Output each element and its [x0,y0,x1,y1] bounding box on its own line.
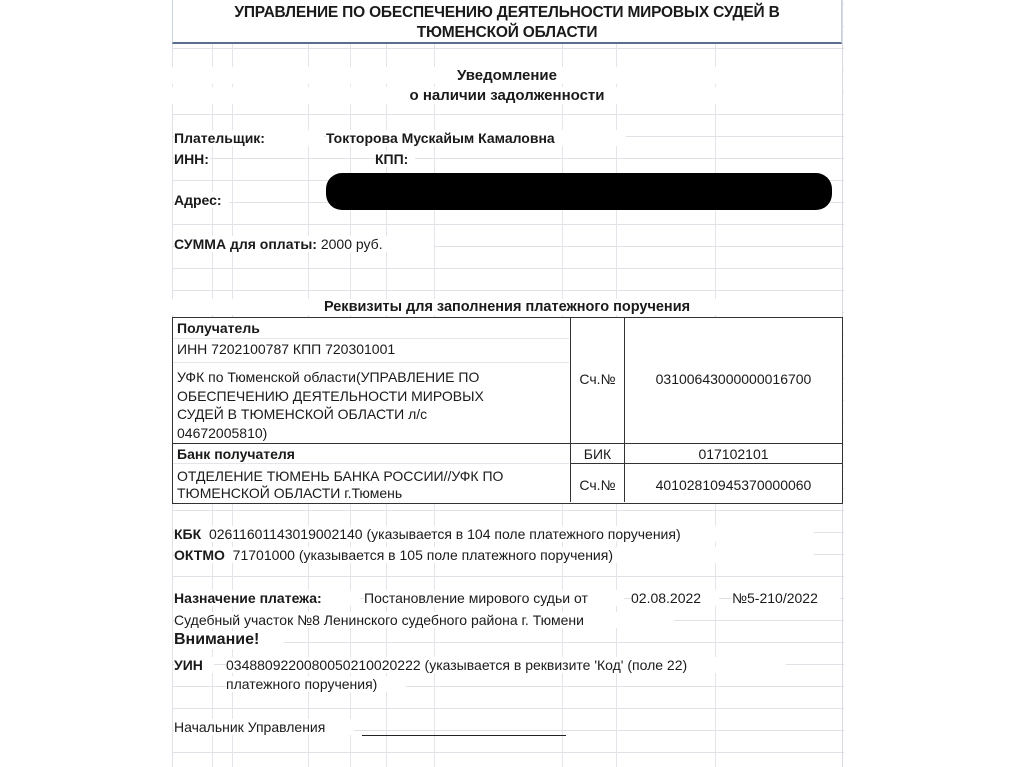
recipient-name: УФК по Тюменской области(УПРАВЛЕНИЕ ПО О… [177,368,484,442]
amount-row: СУММА для оплаты: 2000 руб. [174,236,434,252]
notice-document: УПРАВЛЕНИЕ ПО ОБЕСПЕЧЕНИЮ ДЕЯТЕЛЬНОСТИ М… [172,0,844,767]
corr-account-label: Сч.№ [571,477,624,493]
payer-label: Плательщик: [174,130,324,146]
requisites-table: Получатель ИНН 7202100787 КПП 720301001 … [172,317,843,504]
purpose-date: 02.08.2022 [631,590,719,606]
bank-label: Банк получателя [177,446,295,462]
recipient-name-line: 04672005810) [177,424,484,443]
kpp-label: КПП: [375,151,415,167]
address-redaction [326,173,832,210]
recipient-name-line: УФК по Тюменской области(УПРАВЛЕНИЕ ПО [177,368,484,387]
bank-name-line: ОТДЕЛЕНИЕ ТЮМЕНЬ БАНКА РОССИИ//УФК ПО [177,468,503,485]
table-divider [173,463,569,464]
signature-label: Начальник Управления [174,719,354,735]
uin-label: УИН [174,657,214,673]
kbk-value: 02611601143019002140 (указывается в 104 … [209,526,681,542]
header-line-1: УПРАВЛЕНИЕ ПО ОБЕСПЕЧЕНИЮ ДЕЯТЕЛЬНОСТИ М… [173,3,841,23]
organization-header: УПРАВЛЕНИЕ ПО ОБЕСПЕЧЕНИЮ ДЕЯТЕЛЬНОСТИ М… [172,0,842,44]
kbk-row: КБК 02611601143019002140 (указывается в … [174,526,814,542]
signature-line [362,735,566,736]
recipient-name-line: СУДЕЙ В ТЮМЕНСКОЙ ОБЛАСТИ л/с [177,405,484,424]
uin-value-line1: 0348809220080050210020222 (указывается в… [226,657,786,673]
notice-subtitle: о наличии задолженности [172,87,842,104]
uin-value-line2: платежного поручения) [226,676,406,692]
bik-label: БИК [571,446,624,462]
bik-value: 017102101 [625,446,842,462]
payer-name: Токторова Мускайым Камаловна [326,130,626,146]
table-divider [570,463,842,464]
kbk-label: КБК [174,526,201,542]
recipient-inn-kpp: ИНН 7202100787 КПП 720301001 [177,341,395,357]
court-district: Судебный участок №8 Ленинского судебного… [174,612,674,628]
header-line-2: ТЮМЕНСКОЙ ОБЛАСТИ [173,23,841,43]
attention-label: Внимание! [174,631,284,649]
recipient-label: Получатель [177,320,260,336]
table-divider [173,338,569,339]
bank-name: ОТДЕЛЕНИЕ ТЮМЕНЬ БАНКА РОССИИ//УФК ПО ТЮ… [177,468,503,502]
account-value: 03100643000000016700 [625,371,842,387]
purpose-number: №5-210/2022 [732,590,840,606]
account-label: Сч.№ [571,371,624,387]
requisites-title: Реквизиты для заполнения платежного пору… [172,299,842,315]
corr-account-value: 40102810945370000060 [625,477,842,493]
table-divider [173,443,842,444]
recipient-name-line: ОБЕСПЕЧЕНИЮ ДЕЯТЕЛЬНОСТИ МИРОВЫХ [177,387,484,406]
amount-value: 2000 руб. [321,236,383,252]
oktmo-row: ОКТМО 71701000 (указывается в 105 поле п… [174,547,814,563]
purpose-text: Постановление мирового судьи от [364,590,624,606]
table-divider [570,318,571,502]
table-divider [173,362,569,363]
table-divider [624,318,625,502]
notice-title: Уведомление [172,67,842,84]
oktmo-value: 71701000 (указывается в 105 поле платежн… [233,547,613,563]
purpose-label: Назначение платежа: [174,590,360,606]
inn-label: ИНН: [174,151,210,167]
amount-label: СУММА для оплаты: [174,236,317,252]
bank-name-line: ТЮМЕНСКОЙ ОБЛАСТИ г.Тюмень [177,485,503,502]
address-label: Адрес: [174,192,229,208]
oktmo-label: ОКТМО [174,547,225,563]
